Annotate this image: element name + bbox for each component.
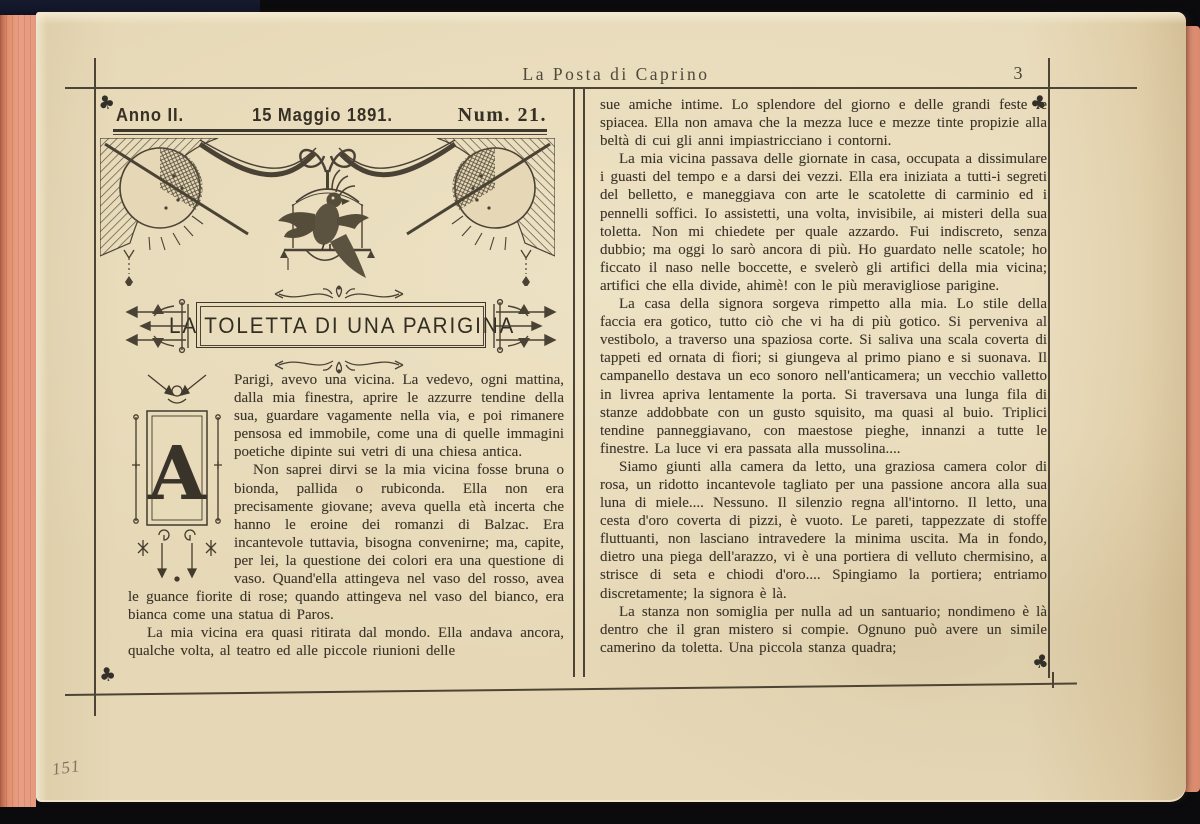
article-title: LA TOLETTA DI UNA PARIGINA (169, 313, 515, 339)
left-column: A Parigi, avevo una vicina. La vedevo, o… (128, 371, 564, 661)
frame-tick-right (1048, 58, 1050, 88)
arrow-ornament-icon (488, 298, 558, 354)
handwritten-page-note: 151 (51, 756, 82, 780)
masthead-date: 15 Maggio 1891. (252, 105, 393, 126)
body-paragraph: La mia vicina passava delle giornate in … (600, 150, 1047, 295)
article-title-box: LA TOLETTA DI UNA PARIGINA (196, 302, 486, 348)
body-paragraph: La stanza non somiglia per nulla ad un s… (600, 603, 1047, 657)
frame-tick-bottom-right (1052, 672, 1054, 688)
masthead-anno: Anno II. (116, 105, 184, 126)
column-divider (573, 89, 575, 677)
frame-bottom-rule (65, 683, 1077, 696)
body-paragraph: La mia vicina era quasi ritirata dal mon… (128, 624, 564, 660)
masthead: Anno II. 15 Maggio 1891. Num. 21. (113, 104, 547, 127)
cockatoo-engraving-icon (100, 138, 555, 286)
header-rule (65, 87, 1137, 89)
masthead-double-rule (113, 129, 547, 135)
frame-tick-bottom-left (94, 696, 96, 716)
body-paragraph: sue amiche intime. Lo splendore del gior… (600, 96, 1047, 150)
frame-tick-left (94, 58, 96, 88)
masthead-number: Num. 21. (458, 104, 547, 127)
body-paragraph: La casa della signora sorgeva rimpetto a… (600, 295, 1047, 458)
book-page-edges-left (0, 15, 36, 807)
frame-vertical-left (94, 88, 96, 715)
drop-cap-letter: A (147, 431, 207, 517)
running-head: La Posta di Caprino (336, 64, 896, 85)
frame-vertical-right (1048, 88, 1050, 678)
ornamental-initial-A-icon: A (128, 373, 226, 587)
page-number: 3 (998, 63, 1038, 84)
body-paragraph: Siamo giunti alla camera da letto, una g… (600, 458, 1047, 603)
arrow-ornament-icon (124, 298, 194, 354)
scanned-book-page: La Posta di Caprino 3 ♣ ♣ ♣ ♣ Anno II. 1… (0, 0, 1200, 824)
newspaper-sheet: La Posta di Caprino 3 ♣ ♣ ♣ ♣ Anno II. 1… (36, 12, 1186, 802)
clover-corner-mark-icon: ♣ (97, 665, 117, 687)
right-column: sue amiche intime. Lo splendore del gior… (600, 96, 1047, 657)
column-divider (583, 89, 585, 677)
